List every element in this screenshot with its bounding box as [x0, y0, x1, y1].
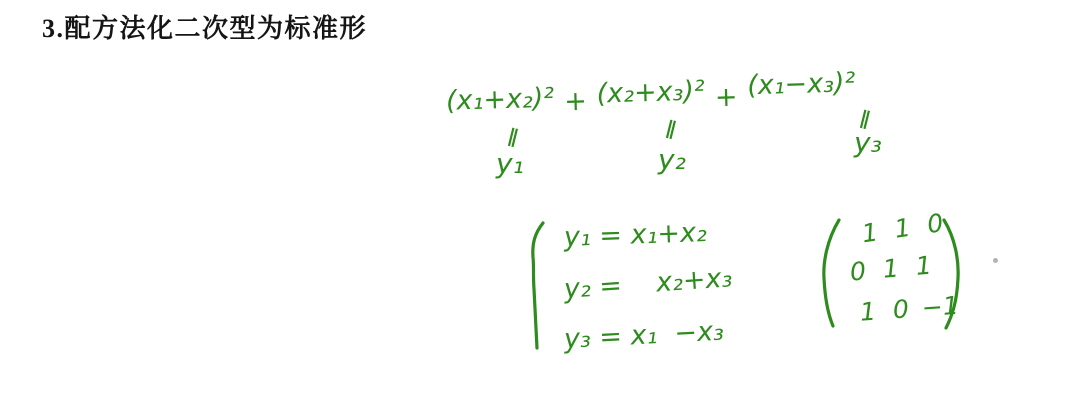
open-paren-stroke — [818, 216, 844, 332]
matrix-row-2: 0 1 1 — [845, 250, 937, 287]
matrix-open-paren — [818, 216, 844, 332]
matrix-row-3: 1 0 −1 — [855, 292, 947, 327]
left-brace-stroke — [529, 221, 547, 351]
equals-mark-2: ∥ — [664, 117, 680, 141]
equals-mark-1: ∥ — [506, 125, 522, 149]
expression-term-2: (x₂+x₃)² — [596, 75, 705, 109]
notes-page: 3.配方法化二次型为标准形 (x₁+x₂)² + (x₂+x₃)² + (x₁−… — [0, 0, 1066, 393]
plus-sign-1: + — [564, 86, 587, 118]
equation-y1: y₁ = x₁+x₂ — [563, 217, 707, 253]
coefficient-matrix: 1 1 0 0 1 1 1 0 −1 — [818, 212, 968, 337]
matrix-cell: 1 — [855, 296, 881, 327]
close-paren-stroke — [938, 216, 964, 332]
matrix-cell: 0 — [888, 294, 914, 325]
equation-y2: y₂ = x₂+x₃ — [563, 262, 733, 305]
matrix-cell: 1 — [889, 212, 917, 244]
matrix-cell: 1 — [856, 217, 884, 249]
matrix-close-paren — [938, 216, 964, 332]
matrix-cell: 1 — [878, 253, 904, 284]
page-title: 3.配方法化二次型为标准形 — [42, 8, 367, 45]
matrix-row-1: 1 1 0 — [856, 208, 949, 249]
y2-label: y₂ — [658, 143, 686, 176]
expression-term-1: (x₁+x₂)² — [446, 83, 555, 117]
expression-term-3: (x₁−x₃)² — [747, 67, 856, 101]
y3-label: y₃ — [854, 126, 882, 159]
quadratic-expression: (x₁+x₂)² + (x₂+x₃)² + (x₁−x₃)² — [446, 74, 856, 120]
equation-y3: y₃ = x₁ −x₃ — [563, 316, 724, 355]
matrix-cell: 0 — [845, 256, 871, 287]
stray-mark — [993, 258, 998, 263]
matrix-cell: 1 — [910, 250, 936, 281]
y1-label: y₁ — [496, 147, 524, 180]
system-brace — [529, 221, 547, 351]
plus-sign-2: + — [714, 82, 737, 114]
